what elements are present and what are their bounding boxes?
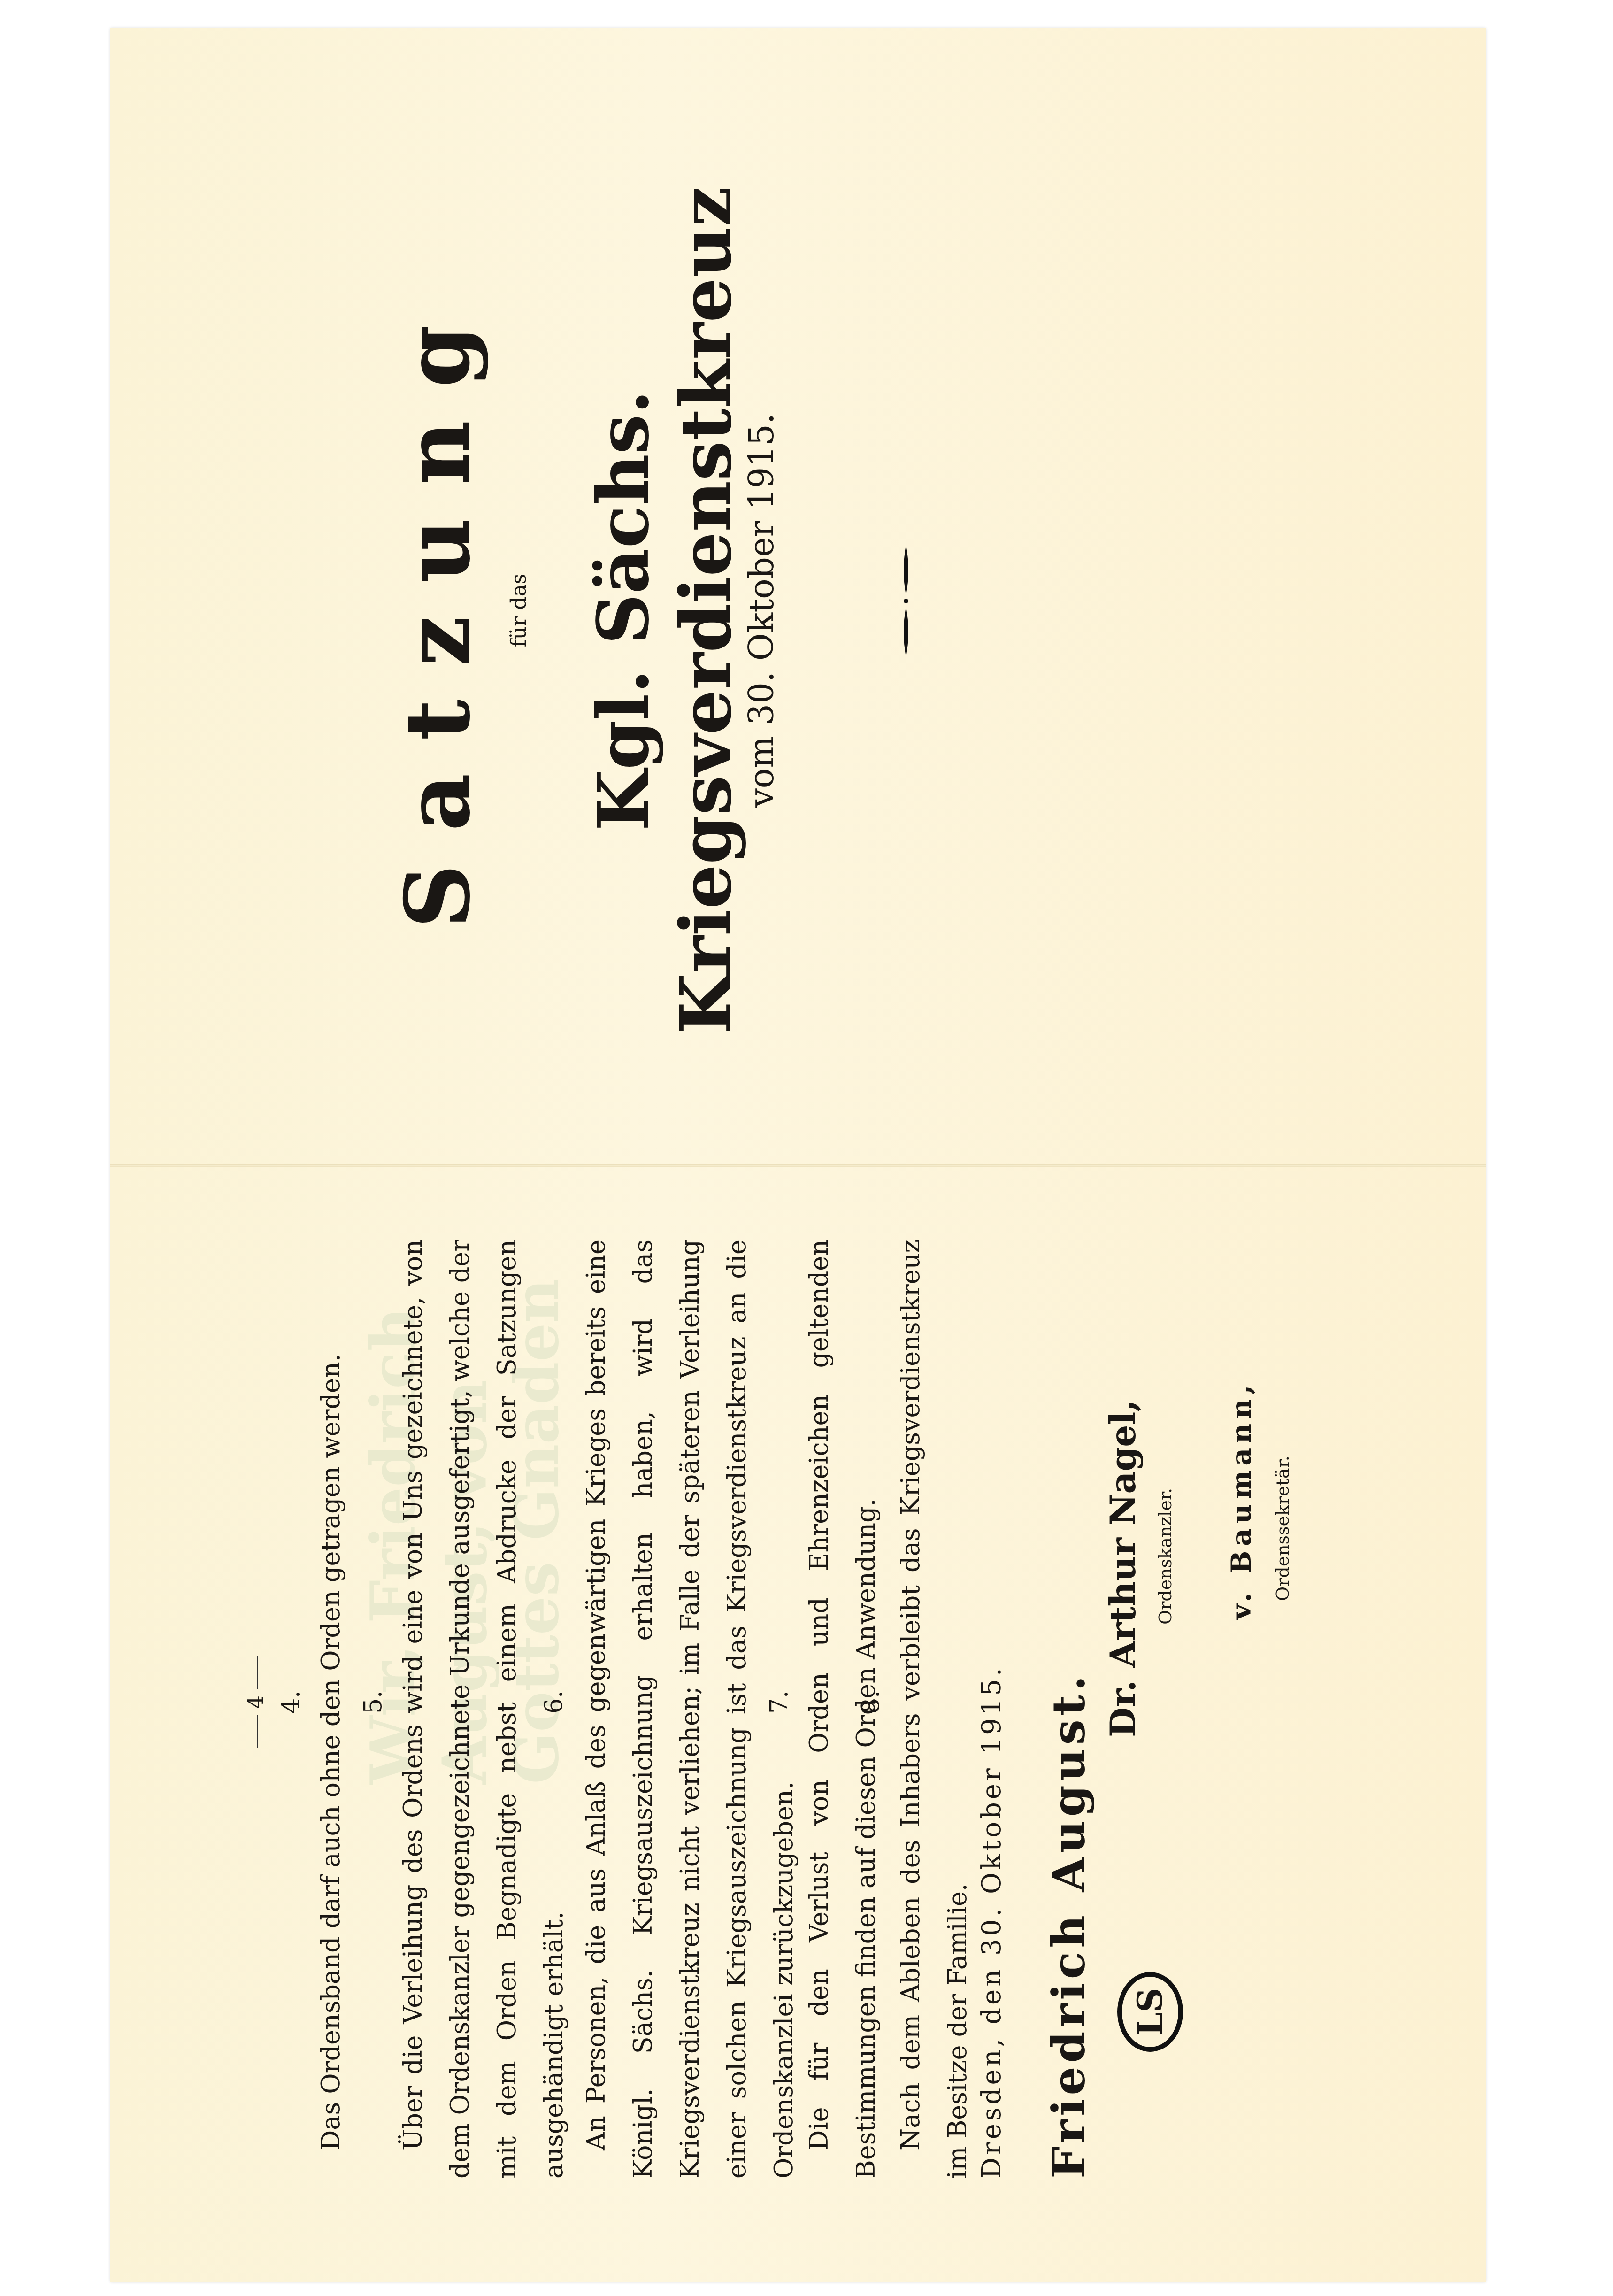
text-page: Wir, Friedrich August, von Gottes Gnaden…	[202, 1197, 1375, 2207]
section-number: 4.	[277, 1197, 305, 2207]
ornament-divider-icon	[897, 526, 915, 676]
section-number: 7.	[765, 1197, 793, 2207]
sovereign-signature: Friedrich August.	[1042, 1672, 1095, 2179]
signatory-name: v. Baumann,	[1225, 1380, 1257, 1620]
place-date: Dresden, den 30. Oktober 1915.	[976, 1665, 1007, 2179]
title-page: Satzung für das Kgl. Sächs. Kriegsverdie…	[244, 94, 1324, 1127]
page-fold	[110, 1164, 1486, 1167]
seal-ls-icon: LS	[1117, 1972, 1183, 2052]
signatory-title: Ordenskanzler.	[1155, 1488, 1175, 1625]
section-text: Das Ordensband darf auch ohne den Orden …	[307, 1240, 354, 2179]
order-name: Kgl. Sächs. Kriegsverdienstkreuz	[582, 94, 747, 1127]
section-number: 8.	[857, 1197, 885, 2207]
section-text: Nach dem Ableben des Inhabers verbleibt …	[887, 1240, 981, 2179]
section-number: 6.	[540, 1197, 568, 2207]
title-date: vom 30. Oktober 1915.	[742, 94, 781, 1127]
section-number: 5.	[359, 1197, 387, 2207]
signatory-title: Ordenssekretär.	[1272, 1456, 1293, 1601]
document-title: Satzung	[385, 94, 490, 1127]
page-number: 4	[244, 1197, 268, 2207]
signatory-name: Dr. Arthur Nagel,	[1103, 1400, 1144, 1737]
title-connector: für das	[507, 94, 531, 1127]
